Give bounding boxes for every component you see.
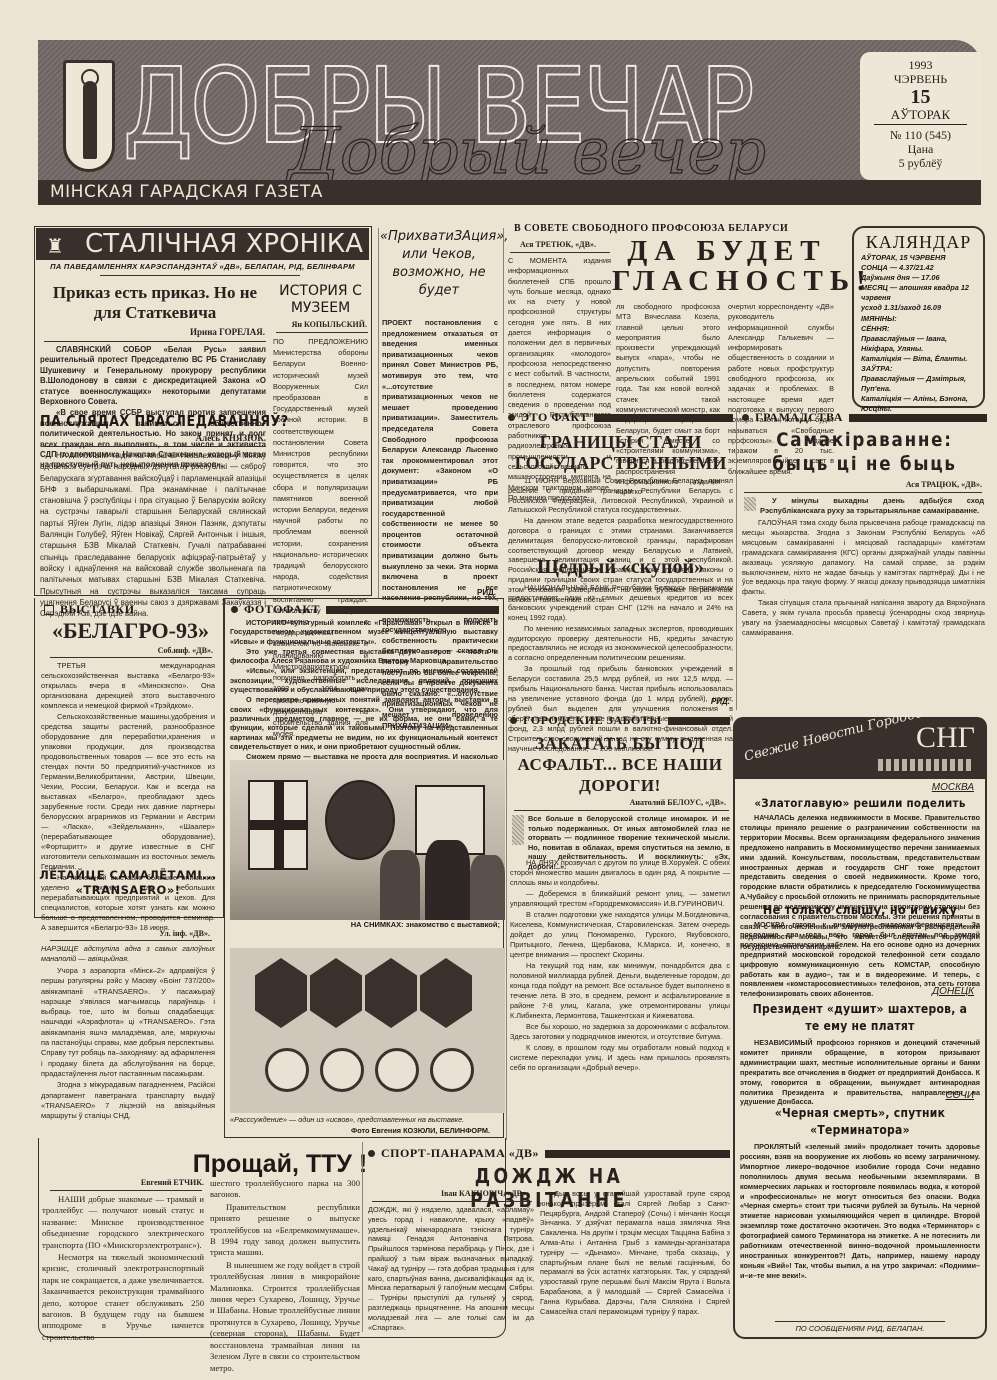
clock-icon <box>430 1048 474 1092</box>
airline-byline: Ул. інф. «ДВ». <box>38 929 210 938</box>
divider <box>50 1190 202 1191</box>
circle-painting <box>325 780 395 860</box>
minsk-coat-of-arms-icon <box>63 60 115 172</box>
madonna-figure-icon <box>83 81 97 159</box>
issue-month: ЧЭРВЕНЬ <box>860 72 981 86</box>
rubric-union: В СОВЕТЕ СВОБОДНОГО ПРОФСОЮЗА БЕЛАРУСИ <box>508 223 728 234</box>
cis-source: ПО СООБЩЕНИЯМ РИД, БЕЛАПАН. <box>740 1324 980 1333</box>
masthead-subtitle: МІНСКАЯ ГАРАДСКАЯ ГАЗЕТА <box>38 180 981 205</box>
hexagon-shape <box>365 958 417 1028</box>
street-lamp-icon: ♜ <box>46 230 64 262</box>
rubric-bar <box>594 414 733 422</box>
roads-byline: Анатолий БЕЛОУС, «ДВ». <box>510 798 726 807</box>
society-body: ГАЛОЎНАЯ тэма сходу была прысвечана рабо… <box>742 518 985 639</box>
rubric-sport: СПОРТ-ПАНАРАМА «ДВ» <box>368 1146 730 1161</box>
column-divider <box>736 410 737 710</box>
calendar-box: КАЛЯНДАР АЎТОРАК, 15 ЧЭРВЕНЯ СОНЦА — 4.3… <box>852 226 985 408</box>
article-byline-prasledavanni: Алесь КНЯЗЮК. <box>40 433 266 443</box>
issue-date-box: 1993 ЧЭРВЕНЬ 15 АЎТОРАК № 110 (545) Цана… <box>860 52 981 180</box>
sport-body-col1: ДОЖДЖ, які ў нядзелю, здавалася, «аблама… <box>368 1205 534 1332</box>
bullet-icon <box>742 414 749 421</box>
article-headline-prasledavanni: ПА СЛЯДАХ ПРАСЛЕДАВАННЯЎ? <box>40 412 232 430</box>
city-label: СОЧИ <box>740 1090 974 1101</box>
square-bullet-icon <box>44 605 54 615</box>
trolley-byline: Евгений ЕТЧИК. <box>44 1178 204 1187</box>
divider <box>744 492 982 493</box>
bullet-icon <box>510 717 517 724</box>
cis-news-header: Свежие Новости Городов СНГ <box>733 717 987 779</box>
fact-headline: ГРАНИЦЫ СТАЛИ ГОСУДАРСТВЕННЫМИ <box>508 432 733 474</box>
visitor-figure <box>470 855 505 920</box>
column-divider <box>506 700 507 1140</box>
visitor-figure <box>425 840 470 920</box>
capital-chronicle-header: ♜ СТАЛІЧНАЯ ХРОНІКА <box>36 228 369 260</box>
airline-body: Учора з аэрапорта «Мінск–2» адправіўся ў… <box>41 966 215 1122</box>
society-headline: Самакіраванне: быць ці не быць <box>757 428 973 476</box>
society-byline: Ася ТРАЦЮК, «ДВ». <box>742 480 982 489</box>
lead-marker-icon <box>744 497 756 511</box>
bullet-icon <box>508 414 515 421</box>
city-label: ДОНЕЦК <box>740 986 974 997</box>
rassuzhdenie-artwork-photo <box>230 948 505 1113</box>
clock-icon <box>375 1048 419 1092</box>
bullet-icon <box>368 1150 375 1157</box>
calendar-body: АЎТОРАК, 15 ЧЭРВЕНЯ СОНЦА — 4.37/21.42 Д… <box>854 253 983 415</box>
cis-item-headline: Не только слышу, но и вижу <box>752 902 968 917</box>
capital-chronicle-title: СТАЛІЧНАЯ ХРОНІКА <box>85 229 363 259</box>
sport-body-col2: Дык вось, у старэйшай узроставай групе с… <box>540 1189 730 1316</box>
divider <box>775 1321 945 1322</box>
cross-painting <box>248 780 308 870</box>
rubric-bar <box>668 717 730 725</box>
roads-body: НА ДНЯХ прозвучал с другом по улице В.Хо… <box>510 858 730 1074</box>
airline-lead: НАРЭШЦЕ адступіла адна з самых галоўных … <box>41 944 215 964</box>
rubric-city-concerns: ГОРОДСКИЕ ЗАБОТЫ <box>510 713 730 728</box>
article-headline-privatization: «ПрихватиЗАция», или Чеков, возможно, не… <box>380 228 498 300</box>
column-divider <box>503 228 504 413</box>
exhibition-visitors-photo <box>230 760 505 920</box>
divider <box>50 657 212 658</box>
issue-price: 5 рублёў <box>860 156 981 170</box>
rubric-bar <box>545 1150 730 1158</box>
clock-icon <box>265 1048 309 1092</box>
calendar-title: КАЛЯНДАР <box>854 232 983 253</box>
trolley-body-col2: шестого троллейбусного парка на 300 ваго… <box>210 1178 360 1375</box>
exhibition-byline: Соб.инф. «ДВ». <box>38 646 213 655</box>
bullet-icon <box>231 606 238 613</box>
airline-headline: ЛЁТАЙЦЕ САМАЛЁТАМІ... «TRANSAERO»! <box>38 868 218 898</box>
hexagon-shape <box>310 958 362 1028</box>
article-headline-museum: ИСТОРИЯ С МУЗЕЕМ <box>272 283 369 317</box>
rubric-fact: ЭТО ФАКТ <box>508 410 733 425</box>
divider <box>510 252 610 253</box>
bank-source: РИД. <box>680 697 730 706</box>
privatization-source: РИД. <box>440 588 496 597</box>
divider <box>44 446 266 447</box>
cis-item-videoconf: Не только слышу, но и вижу МОСКВА готова… <box>740 902 980 999</box>
chronicle-sources: ПА ПАВЕДАМЛЕННЯХ КАРЭСПАНДЭНТАЎ «ДВ», БЕ… <box>36 262 369 271</box>
issue-weekday: АЎТОРАК <box>874 108 967 125</box>
city-label: МОСКВА <box>740 782 974 793</box>
photo-caption-2: «Расссуждение» — один из «исвов», предст… <box>230 1115 500 1124</box>
visitor-figure <box>380 850 420 920</box>
hexagon-shape <box>420 958 472 1028</box>
cis-item-body: ПРОКЛЯТЫЙ «зеленый змий» продолжает точи… <box>740 1142 980 1281</box>
bank-headline: Щедрый «скупой» <box>508 556 733 579</box>
article-byline-prikaz: Ирина ГОРЕЛАЯ. <box>40 327 265 337</box>
column-divider <box>362 1142 363 1332</box>
trolley-body-col1: НАШИ добрые знакомые — трамвай и троллей… <box>42 1194 204 1344</box>
union-byline: Ася ТРЕТЮК, «ДВ». <box>508 240 608 249</box>
rubric-bar <box>849 414 987 422</box>
photofact-body: ИСТОРИКО–культурный комплекс «Гарыслава»… <box>230 618 498 781</box>
exhibition-headline: «БЕЛАГРО-93» <box>38 618 223 644</box>
clock-icon <box>320 1048 364 1092</box>
divider <box>50 940 212 941</box>
rubric-exhibition: ВЫСТАВКИ <box>44 602 214 617</box>
cis-item-headline: Президент «душит» шахтеров, а те ему не … <box>752 1001 968 1035</box>
divider <box>44 341 266 342</box>
divider <box>276 332 368 333</box>
article-headline-prikaz: Приказ есть приказ. Но не для Статкевича <box>40 283 270 323</box>
cis-item-sochi: СОЧИ «Черная смерть», спутник «Терминато… <box>740 1090 980 1281</box>
society-lead: У мінулы выхадны дзень адбыўся сход Рэсп… <box>760 496 984 516</box>
column-divider <box>378 228 379 598</box>
divider <box>100 275 300 276</box>
rubric-bar <box>326 606 499 614</box>
lead-marker-icon <box>512 815 524 845</box>
issue-number: № 110 (545) <box>860 128 981 142</box>
article-byline-museum: Ян КОПЫЛЬСКИЙ. <box>272 320 367 329</box>
hexagon-shape <box>255 958 307 1028</box>
cis-item-headline: «Черная смерть», спутник «Терминатора» <box>752 1105 968 1139</box>
rubric-society: ГРАМАДСТВА <box>742 410 987 425</box>
city-skyline-icon <box>878 759 973 771</box>
issue-year: 1993 <box>860 58 981 72</box>
photo-caption-1: НА СНИМКАХ: знакомство с выставкой; <box>240 920 500 929</box>
union-headline: ДА БУДЕТ ГЛАСНОСТЬ! <box>612 236 842 296</box>
article-body-prasledavanni: НА МІНУЛЫМ тыдні на плошчы Незалежнасці … <box>40 450 266 620</box>
rubric-photofact: ФОТОФАКТ <box>231 602 499 617</box>
bank-body: НАЦИОНАЛЬНЫЙ БАНК Республики Беларусь по… <box>508 583 733 754</box>
photo-credit: Фото Евгения КОЗЮЛИ, БЕЛИНФОРМ. <box>230 1126 490 1135</box>
cis-item-headline: «Златоглавую» решили поделить <box>752 796 968 810</box>
cis-title: СНГ <box>916 721 975 755</box>
sport-byline: Іван КАХНОВІЧ, «ДВ». <box>368 1189 528 1198</box>
issue-day: 15 <box>860 86 981 108</box>
fresh-city-news-title: Свежие Новости Городов <box>743 707 924 765</box>
divider <box>372 1201 532 1202</box>
price-label: Цана <box>860 142 981 156</box>
divider <box>514 810 729 811</box>
masthead: ДОБРЫ ВЕЧАР Добрый вечер 1993 ЧЭРВЕНЬ 15… <box>38 40 981 205</box>
roads-headline: ЗАКАТАТЬ БЫ ПОД АСФАЛЬТ... ВСЕ НАШИ ДОРО… <box>510 733 730 796</box>
